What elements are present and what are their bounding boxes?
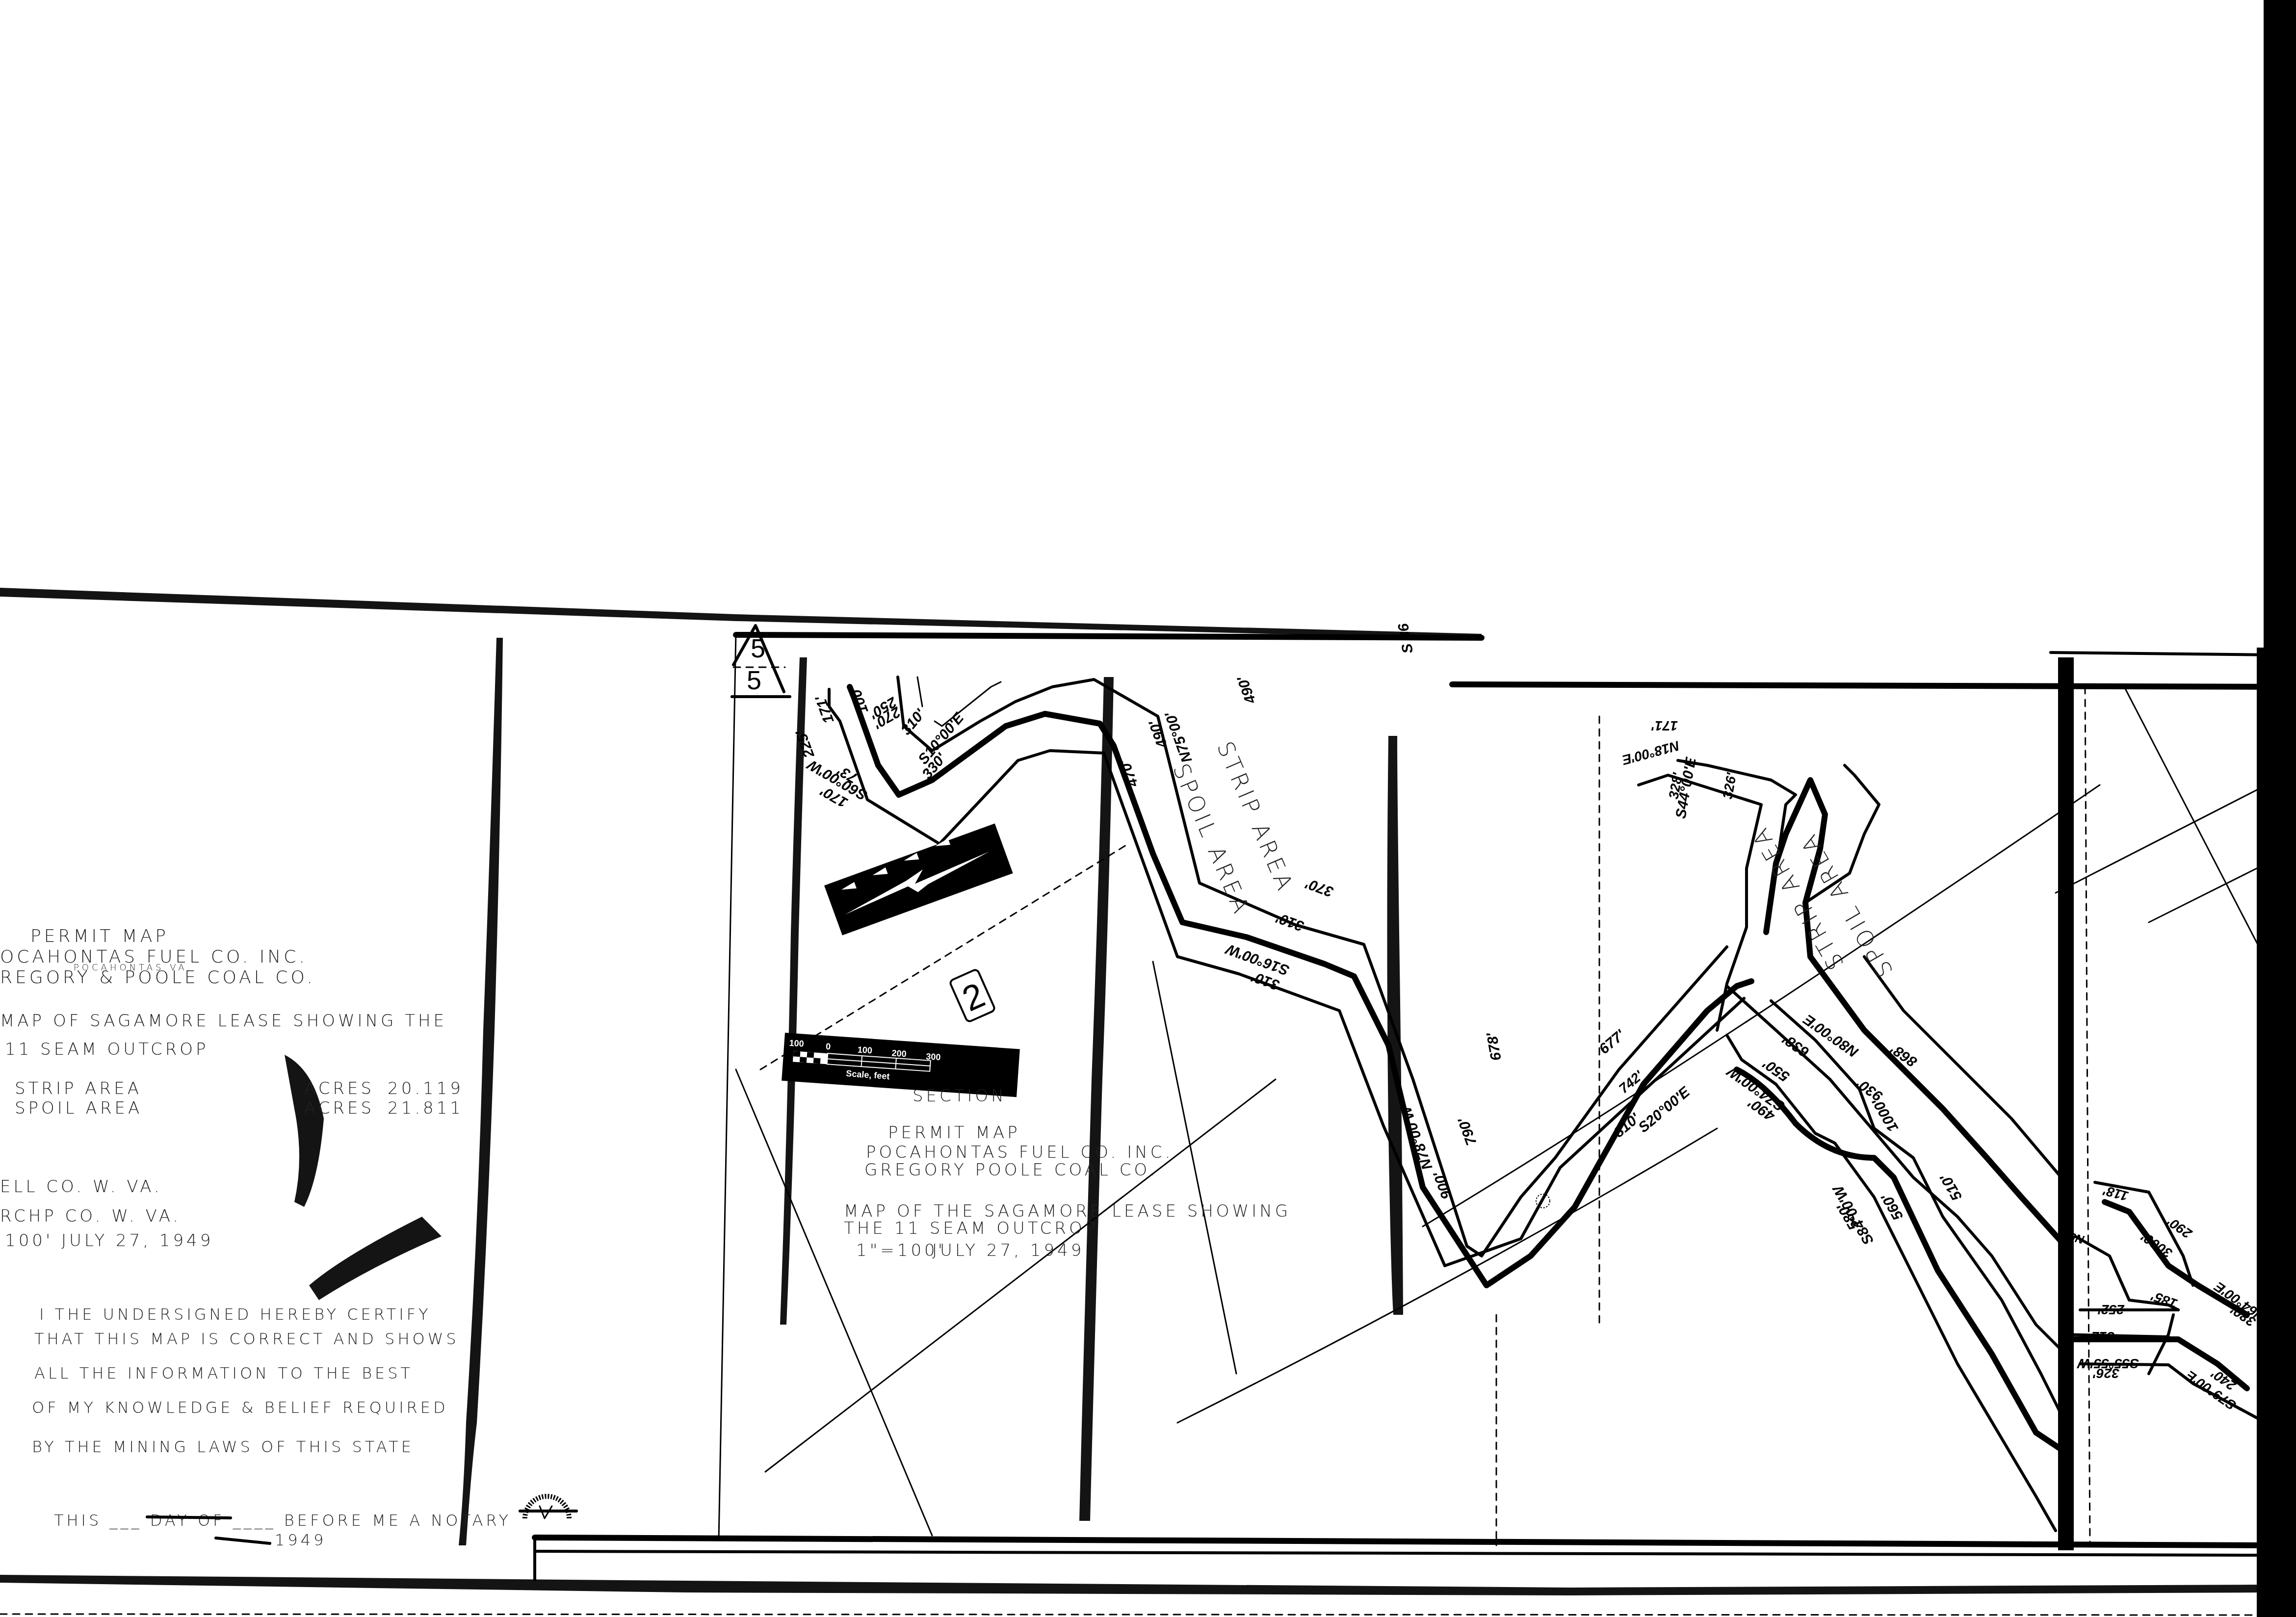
survey-call-label: 312' [2087,1329,2114,1344]
survey-call-label: 510' [1937,1171,1965,1203]
survey-call-label: S 86 [1395,622,1416,655]
center-title-line-2: POCAHONTAS FUEL CO. INC. [866,1143,1173,1162]
notary-seal [520,1496,576,1518]
left-title-line-8: RCHP CO. W. VA. [0,1206,181,1226]
survey-call-label: 171' [1651,718,1678,733]
survey-call-label: 790' [1455,1115,1480,1148]
survey-call-label: 171' [812,693,837,726]
survey-call-label: 100' [847,683,872,716]
left-title-line-1: PERMIT MAP [30,926,169,946]
boundary-lines [829,677,2257,1531]
survey-call-label: N78°00'W [1397,1102,1435,1172]
notary-line: THIS ___ DAY OF ____ BEFORE ME A NOTARY [54,1511,511,1530]
survey-call-label: 490' [1234,674,1259,706]
spoil-area-row-value: 21.811 [388,1098,464,1118]
survey-call-label: 678' [1484,1031,1505,1062]
scale-tick-3: 100 [857,1044,872,1055]
cert-line-1: I THE UNDERSIGNED HEREBY CERTIFY [39,1305,431,1324]
left-title-line-4: REGORY & POOLE COAL CO. [0,967,315,988]
survey-call-label: 900' [1431,1169,1456,1201]
certification-block: I THE UNDERSIGNED HEREBY CERTIFY THAT TH… [32,1305,459,1456]
center-date: JULY 27, 1949 [932,1241,1084,1260]
survey-call-label: 310' [1274,910,1306,935]
section-number-bottom: 5 [747,666,761,695]
survey-call-label: 470' [1117,757,1142,790]
survey-call-label: 677' [1596,1027,1628,1058]
survey-call-label: 370' [1304,875,1336,900]
center-map-description-2: THE 11 SEAM OUTCROP [844,1219,1098,1238]
strip-area-row-value: 20.119 [388,1079,464,1098]
survey-call-label: 638' [1780,1031,1812,1060]
cert-line-3: ALL THE INFORMATION TO THE BEST [34,1364,413,1382]
center-section-label: SECTION [913,1086,1007,1106]
center-title-line-1: PERMIT MAP [888,1123,1020,1143]
area-table: STRIP AREA ACRES 20.119 SPOIL AREA ACRES… [15,1079,464,1118]
scale-tick-1: 100 [789,1038,804,1049]
survey-calls: 171' 225' 100' 270' 250' 310' S10°00'E 3… [793,622,2269,1413]
strip-area-row-unit: ACRES [304,1079,374,1098]
survey-call-label: 290' [2164,1214,2195,1242]
scale-tick-4: 200 [891,1048,907,1059]
center-title-line-3: GREGORY POOLE COAL CO. [864,1160,1158,1180]
cert-line-2: THAT THIS MAP IS CORRECT AND SHOWS [34,1330,459,1348]
permit-map-sheet: 5 5 STRIP AREA SPOIL AREA STR [0,0,2296,1617]
spoil-area-row-label: SPOIL AREA [15,1098,142,1118]
center-map-description-1: MAP OF THE SAGAMORE LEASE SHOWING [844,1201,1291,1221]
survey-call-label: 326' [2092,1366,2119,1381]
survey-call-label: 868' [1888,1041,1920,1070]
survey-call-label: 252' [2097,1302,2125,1317]
cert-line-5: BY THE MINING LAWS OF THIS STATE [32,1437,414,1456]
left-title-line-6: 11 SEAM OUTCROP [5,1040,209,1059]
survey-call-label: N18°00'E [1620,738,1681,768]
spoil-area-row-unit: ACRES [304,1098,374,1118]
survey-call-label: 550' [1760,1055,1793,1085]
sheet-number-badge: 2 [949,969,995,1022]
center-title-block: SECTION PERMIT MAP POCAHONTAS FUEL CO. I… [844,1086,1291,1260]
notary-year: 1949 [275,1531,326,1549]
left-title-line-7: ELL CO. W. VA. [0,1177,162,1197]
section-number-top: 5 [751,634,765,663]
north-arrow-plate [824,822,1013,936]
left-title-line-9: 100' JULY 27, 1949 [5,1231,213,1251]
survey-call-label: 185' [2149,1288,2179,1312]
scale-tick-2: 0 [826,1042,831,1052]
strip-area-row-label: STRIP AREA [15,1079,142,1098]
left-title-line-5: MAP OF SAGAMORE LEASE SHOWING THE [0,1011,447,1031]
cert-line-4: OF MY KNOWLEDGE & BELIEF REQUIRED [32,1398,448,1417]
